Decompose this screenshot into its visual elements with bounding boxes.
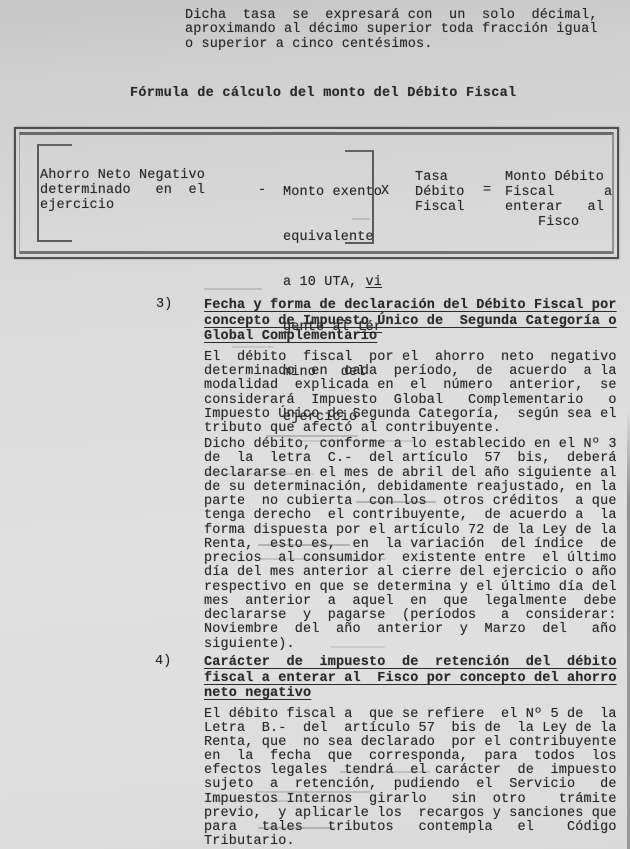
formula-operand-tasa: Tasa Débito Fiscal — [415, 170, 465, 215]
formula-result-monto-debito: Monto Débito Fiscal a enterar al Fisco — [505, 170, 612, 230]
section-3-number: 3) — [156, 298, 173, 312]
section-4-number: 4) — [155, 655, 172, 669]
smudge-mark — [352, 218, 370, 220]
smudge-mark — [296, 440, 414, 442]
multiply-sign: X — [381, 184, 389, 199]
scanned-document-page: Dicha tasa se expresará con un solo déci… — [0, 0, 630, 849]
smudge-underline-que-afecto — [266, 435, 358, 437]
smudge-strike-tales — [258, 827, 336, 829]
section-4-heading: Carácter de impuesto de retención del dé… — [204, 655, 617, 702]
smudge-underline-retencion — [256, 791, 371, 793]
minus-sign: - — [258, 183, 266, 198]
section-3-heading: Fecha y forma de declaración del Débito … — [204, 298, 617, 345]
formula-title: Fórmula de cálculo del monto del Débito … — [130, 87, 516, 101]
equals-sign: = — [483, 183, 491, 198]
formula-box: Ahorro Neto Negativo determinado en el e… — [14, 127, 619, 259]
smudge-mark — [204, 288, 262, 290]
operand2-line1: Monto exento — [283, 185, 382, 200]
smudge-strike-tendra-el — [340, 771, 430, 773]
smudge-mark — [204, 473, 314, 475]
smudge-underline-impuestos-internos — [204, 800, 349, 802]
smudge-mark — [232, 346, 274, 348]
operand2-line3: a 10 UTA, vi — [283, 275, 382, 290]
smudge-mark — [258, 558, 386, 560]
formula-operand-ahorro: Ahorro Neto Negativo determinado en el e… — [40, 168, 205, 213]
operand2-line2: equivalente — [283, 230, 382, 245]
intro-paragraph: Dicha tasa se expresará con un solo déci… — [185, 9, 598, 52]
smudge-mark — [330, 646, 385, 648]
smudge-strike-con-los — [356, 501, 436, 503]
section-3-paragraph-1: El débito fiscal por el ahorro neto nega… — [204, 351, 617, 436]
smudge-strike-esto-es — [258, 544, 350, 546]
